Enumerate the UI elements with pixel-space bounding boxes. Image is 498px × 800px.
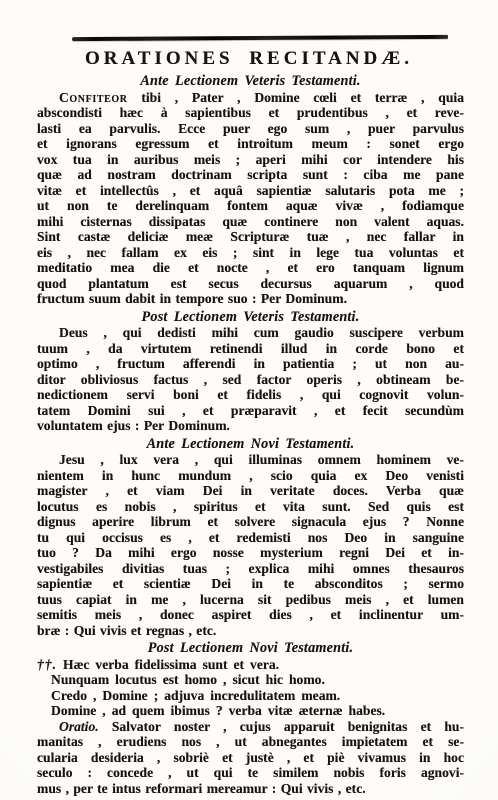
text-line: ut non te derelinquam fontem aquæ vivæ ,…: [37, 198, 464, 214]
text-line: mihi cisternas dissipatas quæ continere …: [37, 214, 464, 230]
text-line: quæ ad nostram doctrinam scripta sunt : …: [37, 167, 464, 183]
top-rule-ornament: [72, 35, 448, 41]
text-line: bræ : Qui vivis et regnas , etc.: [37, 623, 464, 639]
section-heading-1: Ante Lectionem Veteris Testamenti.: [37, 73, 464, 90]
text-line: semitis meis , donec aspiret dies , et i…: [37, 607, 464, 623]
text-line: vestigabiles divitias tuas ; explica mih…: [37, 561, 464, 577]
text-line: vitæ et intellectûs , et aquâ sapientiæ …: [37, 183, 464, 199]
lead-word: Confiteor: [59, 90, 128, 105]
text-line: ††. Hæc verba fidelissima sunt et vera.: [37, 657, 464, 673]
text-line: quod plantatum est secus decursus aquaru…: [37, 276, 464, 292]
text-line: eis , nec fallam ex eis ; sint in lege t…: [37, 245, 464, 261]
text-line: et ignorans egressum et introitum meum :…: [37, 136, 464, 152]
text-line: seculo : concede , ut qui te similem nob…: [37, 765, 464, 781]
text-line: optimo , fructum afferendi in patientia …: [37, 356, 464, 372]
text-line: fructum suum dabit in tempore suo : Per …: [37, 291, 464, 307]
text-line: Credo , Domine ; adjuva incredulitatem m…: [37, 688, 464, 704]
text-line: dignus aperire librum et solvere signacu…: [37, 514, 464, 530]
text-line: Jesu , lux vera , qui illuminas omnem ho…: [37, 452, 464, 468]
text-line: tuus capiat in me , lucerna sit pedibus …: [37, 592, 464, 608]
text-line: ditor obliviosus factus , sed factor ope…: [37, 372, 464, 388]
text-line: mus , per te intus reformari mereamur : …: [37, 781, 464, 797]
text-line: magister , et viam Dei in veritate doces…: [37, 483, 464, 499]
text-line: nientem in hunc mundum , scio quia ex De…: [37, 468, 464, 484]
text-line: tuo ? Da mihi ergo nosse mysterium regni…: [37, 545, 464, 561]
lead-word: Oratio.: [59, 719, 99, 734]
book-page: ORATIONES RECITANDÆ. Ante Lectionem Vete…: [0, 0, 498, 800]
section-heading-3: Ante Lectionem Novi Testamenti.: [37, 436, 464, 453]
prayer-paragraph: Deus , qui dedisti mihi cum gaudio susci…: [37, 325, 464, 434]
versicle-block: ††. Hæc verba fidelissima sunt et vera.N…: [37, 657, 464, 719]
text-line: Nunquam locutus est homo , sicut hic hom…: [37, 672, 464, 688]
text-line: Domine , ad quem ibimus ? verba vitæ æte…: [37, 703, 464, 719]
text-line: manitas , erudiens nos , ut abnegantes i…: [37, 734, 464, 750]
text-line: lasti ea parvulis. Ecce puer ego sum , p…: [37, 121, 464, 137]
text-line: tuum , da virtutem retinendi illud in co…: [37, 341, 464, 357]
text-line: vox tua in auribus meis ; aperi mihi cor…: [37, 152, 464, 168]
text-line: cularia desideria , sobriè et justè , et…: [37, 750, 464, 766]
text-line: Confiteor tibi , Pater , Domine cœli et …: [37, 90, 464, 106]
text-line: locutus es nobis , spiritus et vita sunt…: [37, 499, 464, 515]
text-line: sapientiæ et scientiæ Dei in te abscondi…: [37, 576, 464, 592]
text-line: tatem Domini sui , et præparavit , et fe…: [37, 403, 464, 419]
text-line: tu qui occisus es , et redemisti nos Deo…: [37, 530, 464, 546]
page-title: ORATIONES RECITANDÆ.: [0, 48, 498, 70]
text-line: meditatio mea die et nocte , et ero tanq…: [37, 260, 464, 276]
text-line: Deus , qui dedisti mihi cum gaudio susci…: [37, 325, 464, 341]
text-line: Oratio. Salvator noster , cujus apparuit…: [37, 719, 464, 735]
text-line: abscondisti hæc à sapientibus et prudent…: [37, 105, 464, 121]
text-line: voluntatem ejus : Per Dominum.: [37, 418, 464, 434]
lead-word: ††.: [37, 657, 57, 672]
text-line: Sint castæ deliciæ meæ Scripturæ tuæ , n…: [37, 229, 464, 245]
prayer-paragraph: Jesu , lux vera , qui illuminas omnem ho…: [37, 452, 464, 638]
text-line: nedictionem servi boni et fidelis , qui …: [37, 387, 464, 403]
page-content: Ante Lectionem Veteris Testamenti.Confit…: [0, 73, 498, 796]
section-heading-2: Post Lectionem Veteris Testamenti.: [37, 309, 464, 326]
section-heading-4: Post Lectionem Novi Testamenti.: [37, 640, 464, 657]
prayer-paragraph: Confiteor tibi , Pater , Domine cœli et …: [37, 90, 464, 307]
prayer-paragraph: Oratio. Salvator noster , cujus apparuit…: [37, 719, 464, 797]
